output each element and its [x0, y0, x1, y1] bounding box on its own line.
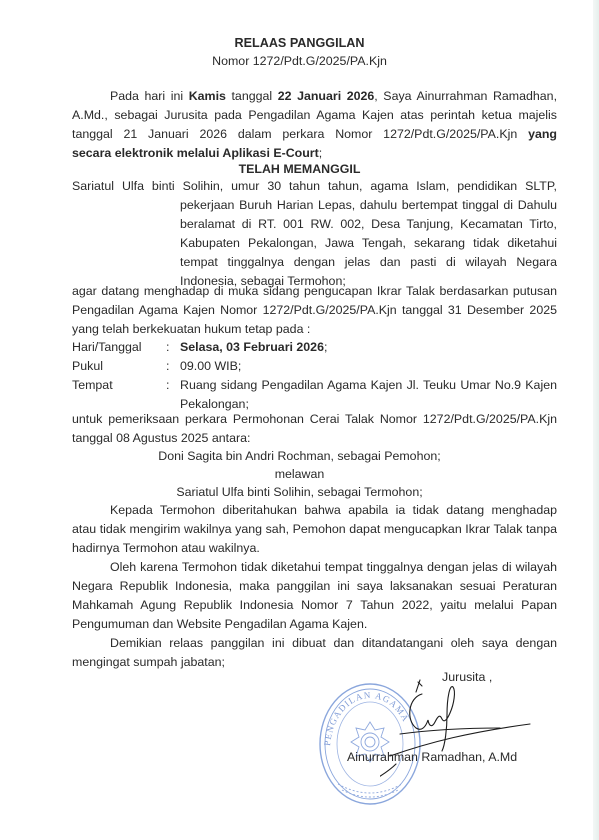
versus-label: melawan	[0, 465, 599, 484]
addressee-line-1: Sariatul Ulfa binti Solihin, umur 30 tah…	[72, 177, 557, 196]
purpose-line-1: agar datang menghadap di muka sidang pen…	[72, 282, 557, 301]
schedule-value: Ruang sidang Pengadilan Agama Kajen Jl. …	[180, 376, 557, 395]
schedule-value: 09.00 WIB;	[180, 357, 241, 376]
purpose-line-2: Pengadilan Agama Kajen Nomor 1272/Pdt.G/…	[72, 301, 557, 320]
notice-line-2: atau tidak mengirim wakilnya yang sah, P…	[72, 520, 557, 539]
closing-line-2: mengingat sumpah jabatan;	[72, 653, 225, 672]
schedule-value: Selasa, 03 Februari 2026;	[180, 338, 327, 357]
schedule-colon: :	[166, 338, 169, 357]
addressee-line-5: tempat tinggalnya dengan jelas dan pasti…	[180, 253, 557, 272]
notice-line-1: Kepada Termohon diberitahukan bahwa apab…	[110, 501, 557, 520]
respondent: Sariatul Ulfa binti Solihin, sebagai Ter…	[0, 483, 599, 502]
schedule-label: Pukul	[72, 357, 103, 376]
purpose-line-3: yang telah berkekuatan hukum tetap pada …	[72, 320, 310, 339]
opening-line-2: A.Md., sebagai Jurusita pada Pengadilan …	[72, 106, 557, 125]
document-number: Nomor 1272/Pdt.G/2025/PA.Kjn	[0, 52, 599, 71]
signer-name: Ainurrahman Ramadhan, A.Md	[347, 748, 517, 767]
reason-line-4: Pengumuman dan Website Pengadilan Agama …	[72, 615, 367, 634]
page-edge	[593, 0, 599, 840]
signature-icon	[380, 672, 540, 792]
schedule-label: Tempat	[72, 376, 113, 395]
schedule-colon: :	[166, 376, 169, 395]
addressee-line-2: pekerjaan Buruh Harian Lepas, dahulu ber…	[180, 196, 557, 215]
case-line-1: untuk pemeriksaan perkara Permohonan Cer…	[72, 410, 557, 429]
addressee-line-4: Kabupaten Pekalongan, Jawa Tengah, sekar…	[180, 234, 557, 253]
case-line-2: tanggal 08 Agustus 2025 antara:	[72, 429, 250, 448]
reason-line-1: Oleh karena Termohon tidak diketahui tem…	[110, 558, 557, 577]
closing-line-1: Demikian relaas panggilan ini dibuat dan…	[110, 634, 557, 653]
document-page: RELAAS PANGGILAN Nomor 1272/Pdt.G/2025/P…	[0, 0, 599, 840]
reason-line-2: Negara Republik Indonesia, maka panggila…	[72, 577, 557, 596]
document-title: RELAAS PANGGILAN	[0, 34, 599, 53]
reason-line-3: Mahkamah Agung Republik Indonesia Nomor …	[72, 596, 557, 615]
schedule-colon: :	[166, 357, 169, 376]
addressee-line-3: beralamat di RT. 001 RW. 002, Desa Tanju…	[180, 215, 557, 234]
opening-line-1: Pada hari ini Kamis tanggal 22 Januari 2…	[110, 87, 557, 106]
schedule-label: Hari/Tanggal	[72, 338, 142, 357]
opening-line-3: tanggal 21 Januari 2026 dalam perkara No…	[72, 125, 557, 144]
notice-line-3: hadirnya Termohon atau wakilnya.	[72, 539, 260, 558]
petitioner: Doni Sagita bin Andri Rochman, sebagai P…	[0, 447, 599, 466]
